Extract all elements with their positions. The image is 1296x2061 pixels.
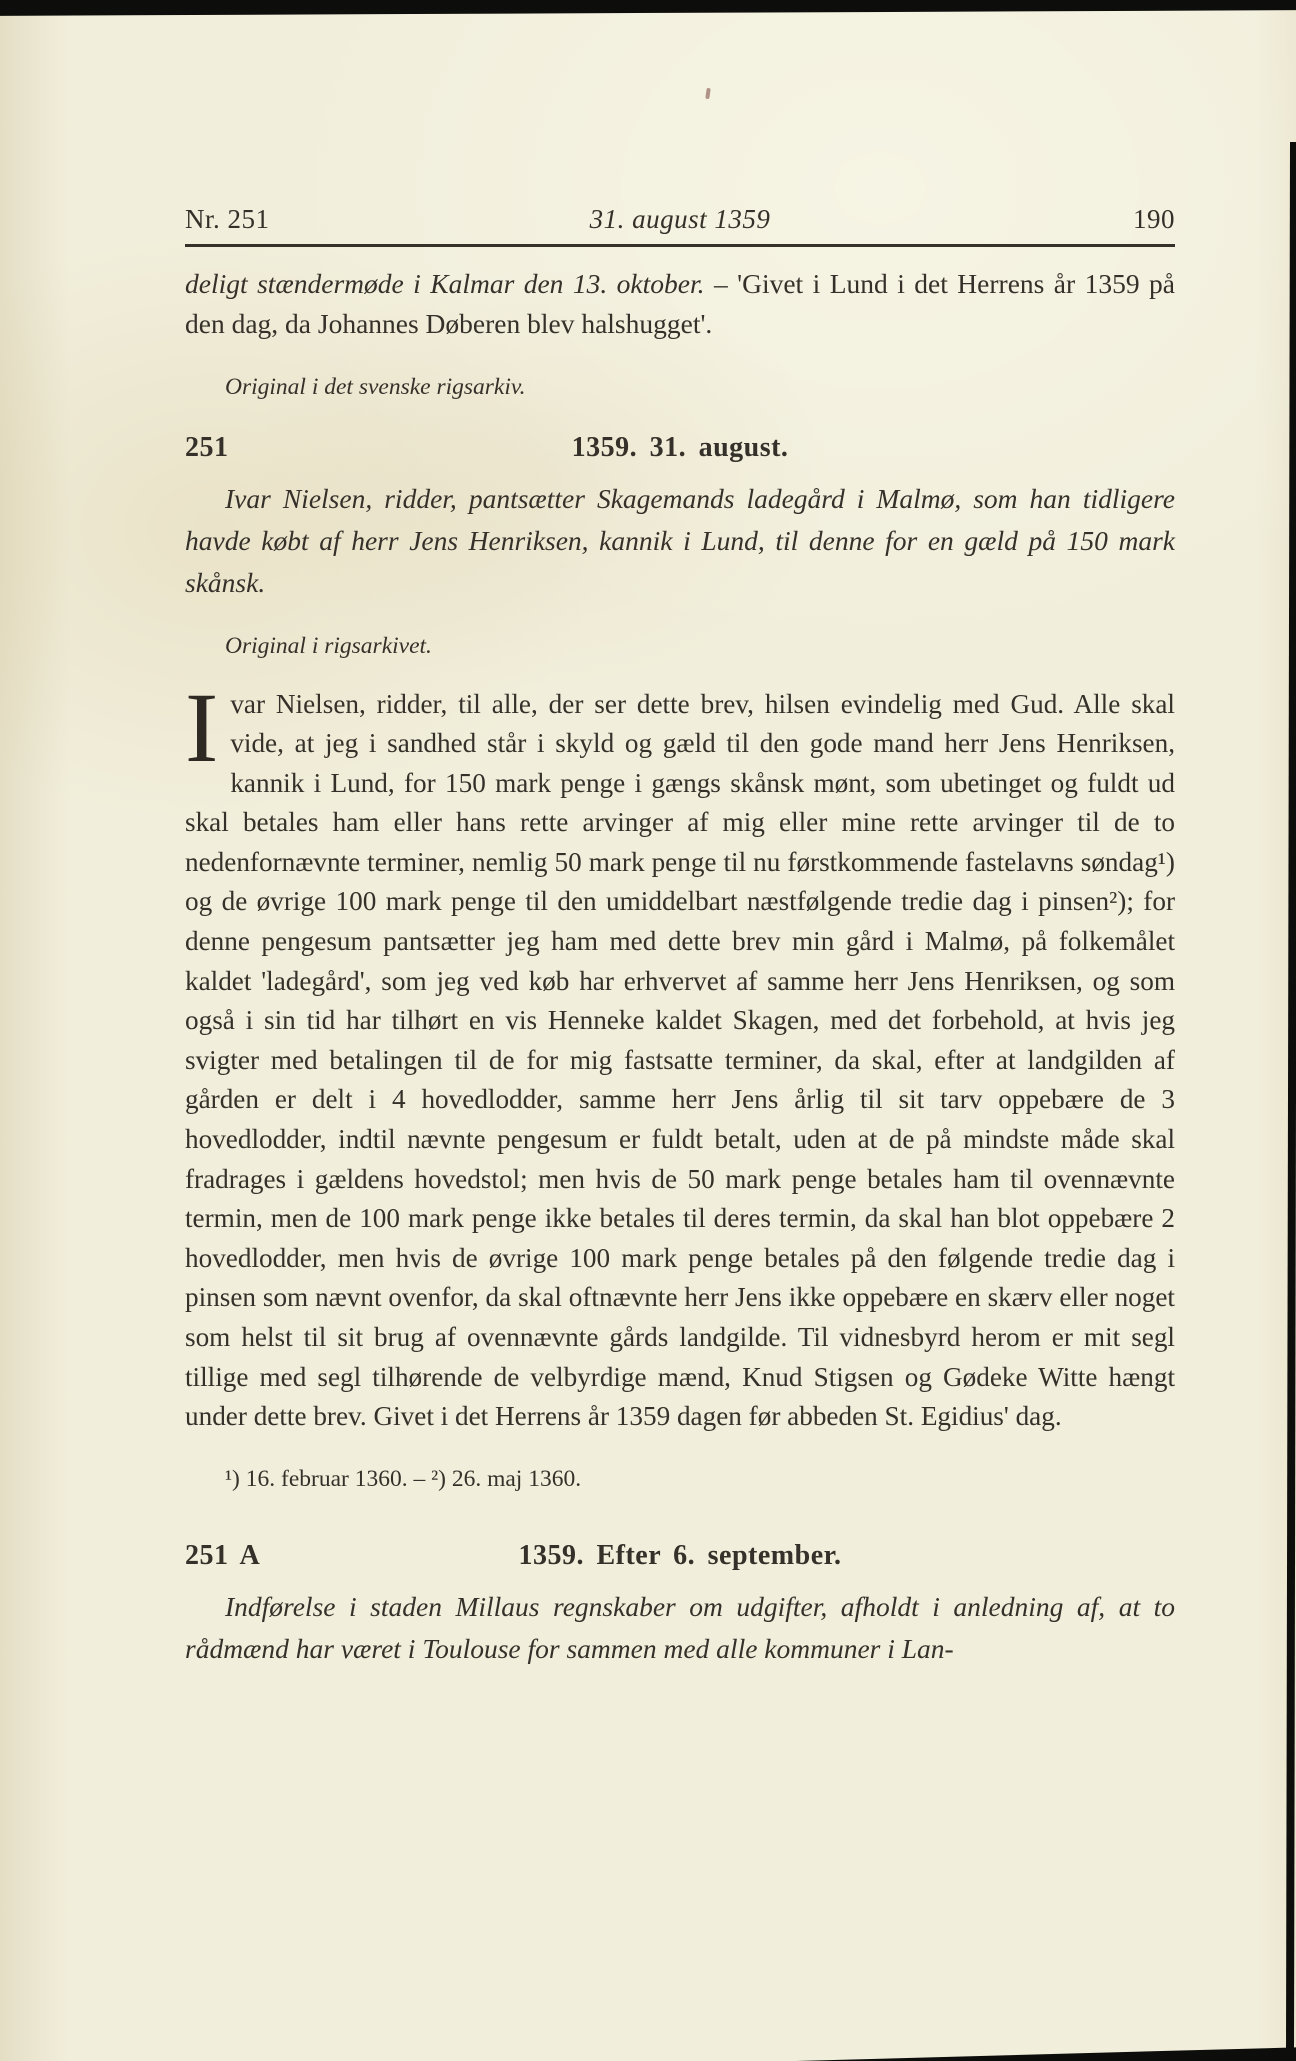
intro-italic-text: deligt stændermøde i Kalmar den 13. okto… — [185, 268, 705, 299]
running-header-entry-number: Nr. 251 — [185, 204, 590, 235]
entry-251-footnote: ¹) 16. februar 1360. – ²) 26. maj 1360. — [225, 1464, 1175, 1494]
scanned-book-page: Nr. 251 31. august 1359 190 deligt stænd… — [0, 0, 1296, 2061]
running-header-date: 31. august 1359 — [590, 204, 771, 235]
entry-251A-date: 1359. Efter 6. september. — [518, 1540, 841, 1572]
entry-251A-summary: Indførelse i staden Millaus regnskaber o… — [185, 1586, 1175, 1670]
page-content: Nr. 251 31. august 1359 190 deligt stænd… — [185, 204, 1175, 1697]
entry-251-summary: Ivar Nielsen, ridder, pantsætter Skagema… — [185, 478, 1175, 604]
header-rule — [185, 244, 1175, 247]
running-header: Nr. 251 31. august 1359 190 — [185, 204, 1175, 235]
source-note-entry-251: Original i rigsarkivet. — [225, 631, 1175, 661]
entry-251A-heading: 251 A 1359. Efter 6. september. — [185, 1540, 1175, 1572]
entry-251-body: Ivar Nielsen, ridder, til alle, der ser … — [185, 685, 1175, 1437]
entry-251-number: 251 — [185, 432, 572, 464]
entry-251-heading: 251 1359. 31. august. — [185, 432, 1175, 464]
entry-251A-heading-spacer — [842, 1540, 1176, 1572]
source-note-intro: Original i det svenske rigsarkiv. — [225, 372, 1175, 402]
entry-251-date: 1359. 31. august. — [572, 432, 789, 464]
entry-251-heading-spacer — [788, 432, 1175, 464]
entry-251A-number: 251 A — [185, 1540, 518, 1572]
intro-continuation-paragraph: deligt stændermøde i Kalmar den 13. okto… — [185, 264, 1175, 344]
page-number: 190 — [770, 204, 1175, 235]
dropcap-initial: I — [185, 689, 218, 767]
entry-251-body-text: var Nielsen, ridder, til alle, der ser d… — [185, 689, 1175, 1432]
